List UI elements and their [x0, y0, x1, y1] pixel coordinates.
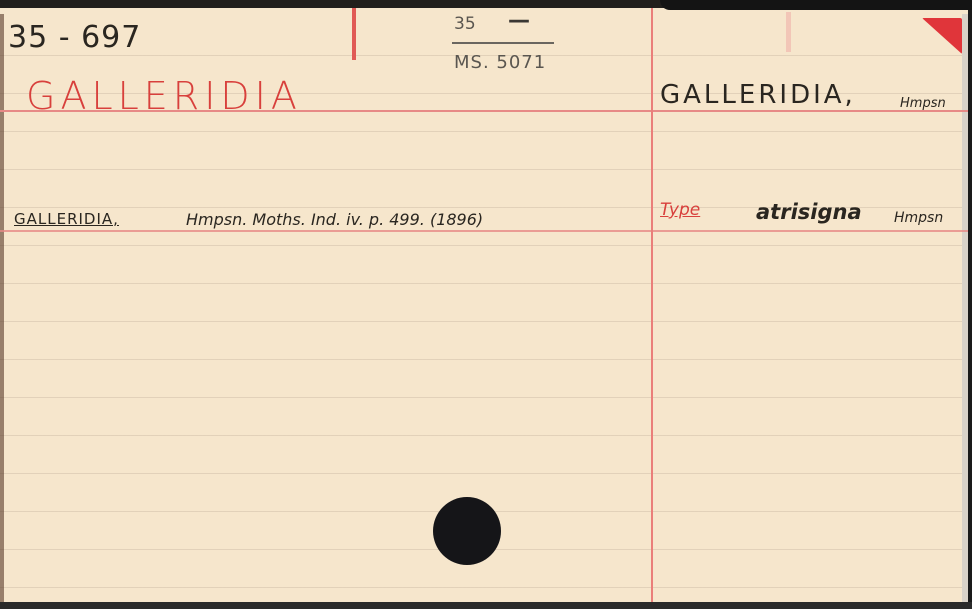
right-header-author: Hmpsn [900, 96, 946, 111]
scan-bottom-border [0, 602, 972, 609]
scan-top-right-border [660, 0, 972, 10]
reference-genus: GALLERIDIA, [14, 210, 119, 228]
catalog-number: 35 - 697 [8, 20, 141, 55]
type-species: atrisigna [756, 200, 862, 224]
red-corner-tab [922, 18, 962, 54]
red-body-rule [0, 230, 968, 232]
pencil-ref-top: 35 [454, 14, 476, 34]
right-genus-header: GALLERIDIA, [660, 80, 856, 110]
punch-hole [433, 497, 501, 565]
genus-title: GALLERIDIA [26, 74, 302, 118]
faint-red-tick-mark [786, 12, 791, 52]
card-left-edge [0, 14, 4, 602]
pencil-underline [452, 42, 554, 44]
red-tick-mark [352, 8, 356, 60]
red-margin-rule [651, 6, 653, 602]
index-card: 35 - 697 35 — MS. 5071 GALLERIDIA GALLER… [0, 6, 968, 602]
reference-citation: Hmpsn. Moths. Ind. iv. p. 499. (1896) [186, 210, 483, 229]
type-label: Type [660, 200, 700, 220]
pencil-ref-struck: — [508, 8, 530, 33]
card-right-edge [962, 14, 968, 602]
type-author: Hmpsn [894, 210, 943, 226]
pencil-ms-number: MS. 5071 [454, 52, 546, 73]
